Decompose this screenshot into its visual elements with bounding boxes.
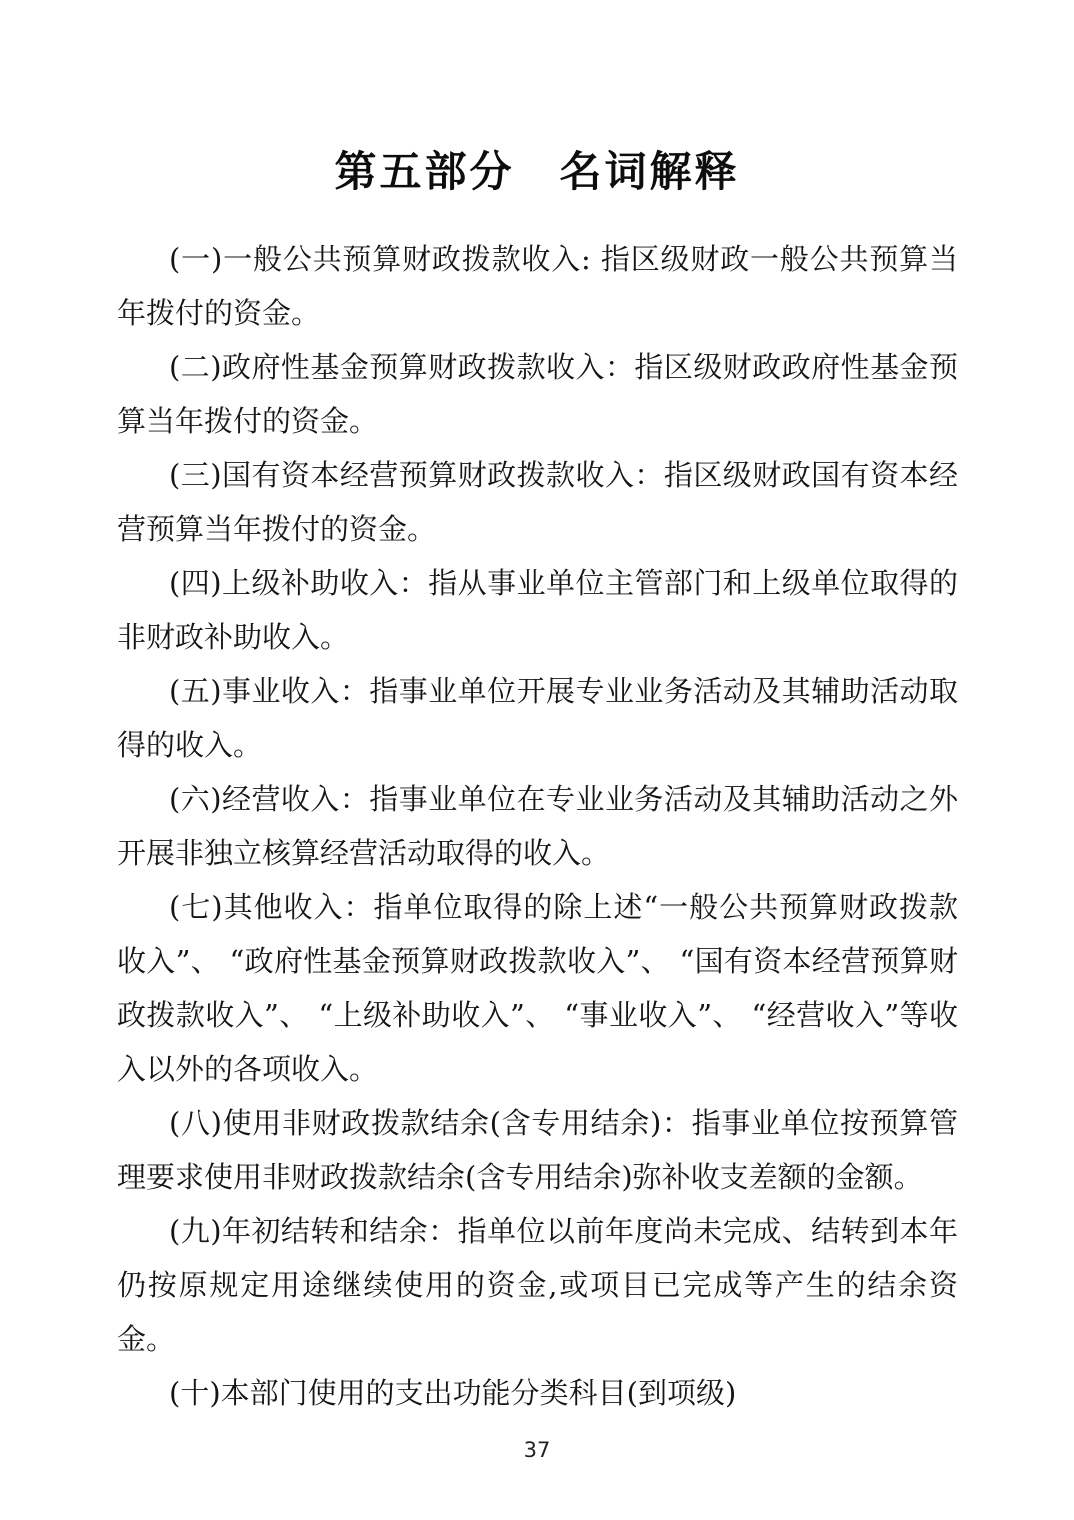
glossary-item-6: (六)经营收入：指事业单位在专业业务活动及其辅助活动之外开展非独立核算经营活动取…: [117, 772, 958, 880]
glossary-item-10: (十)本部门使用的支出功能分类科目(到项级): [117, 1366, 958, 1420]
glossary-item-1: (一)一般公共预算财政拨款收入: 指区级财政一般公共预算当年拨付的资金。: [117, 232, 958, 340]
document-page: 第五部分 名词解释 (一)一般公共预算财政拨款收入: 指区级财政一般公共预算当年…: [0, 0, 1074, 1520]
glossary-item-3: (三)国有资本经营预算财政拨款收入：指区级财政国有资本经营预算当年拨付的资金。: [117, 448, 958, 556]
glossary-item-9: (九)年初结转和结余：指单位以前年度尚未完成、结转到本年仍按原规定用途继续使用的…: [117, 1204, 958, 1366]
glossary-item-8: (八)使用非财政拨款结余(含专用结余)：指事业单位按预算管理要求使用非财政拨款结…: [117, 1096, 958, 1204]
glossary-item-7: (七)其他收入：指单位取得的除上述“一般公共预算财政拨款收入”、 “政府性基金预…: [117, 880, 958, 1096]
page-number: 37: [0, 1438, 1074, 1462]
glossary-item-2: (二)政府性基金预算财政拨款收入：指区级财政政府性基金预算当年拨付的资金。: [117, 340, 958, 448]
glossary-item-4: (四)上级补助收入：指从事业单位主管部门和上级单位取得的非财政补助收入。: [117, 556, 958, 664]
document-body: (一)一般公共预算财政拨款收入: 指区级财政一般公共预算当年拨付的资金。 (二)…: [117, 232, 958, 1420]
glossary-item-5: (五)事业收入：指事业单位开展专业业务活动及其辅助活动取得的收入。: [117, 664, 958, 772]
page-title: 第五部分 名词解释: [0, 148, 1074, 196]
